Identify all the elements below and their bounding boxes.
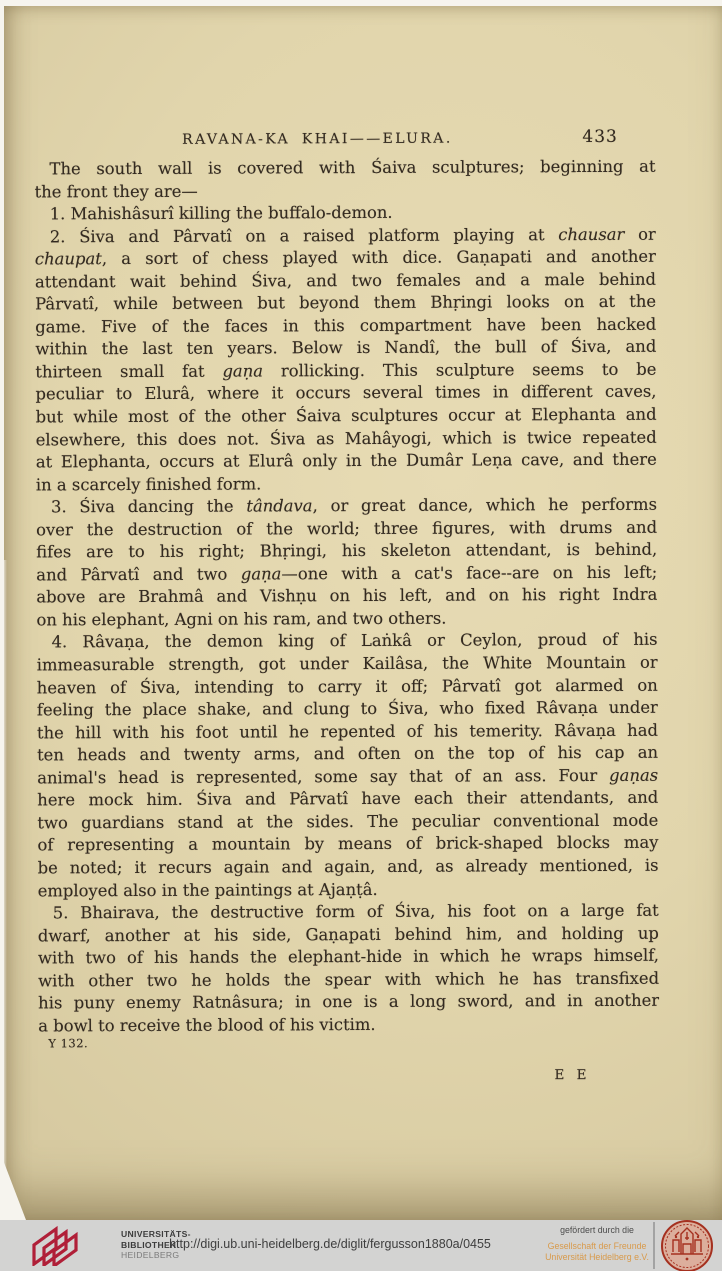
body-line: 2. Śiva and Pârvatî on a raised platform… [35, 223, 656, 248]
body-line: at Elephanta, occurs at Elurâ only in th… [36, 449, 657, 474]
body-line: feeling the place shake, and clung to Śi… [37, 697, 658, 722]
library-name-line3: HEIDELBERG [121, 1250, 191, 1261]
body-line: heaven of Śiva, intending to carry it of… [37, 674, 658, 699]
university-seal-icon [659, 1218, 715, 1271]
body-line: with other two he holds the spear with w… [38, 967, 659, 992]
body-line: here mock him. Śiva and Pârvatî have eac… [37, 787, 658, 812]
body-line: 4. Râvaṇa, the demon king of Laṅkâ or Ce… [37, 629, 658, 654]
body-line: but while most of the other Śaiva sculpt… [36, 404, 657, 429]
body-line: with two of his hands the elephant-hide … [38, 945, 659, 970]
body-line: in a scarcely finished form. [36, 471, 657, 496]
body-line: Pârvatî, while between but beyond them B… [35, 291, 656, 316]
printed-page-content: RAVANA-KA KHAI——ELURA. 433 The south wal… [0, 0, 722, 1271]
body-line: elsewhere, this does not. Śiva as Mahâyo… [36, 426, 657, 451]
body-line: over the destruction of the world; three… [36, 516, 657, 541]
body-line: employed also in the paintings at Ajaṇṭâ… [38, 877, 659, 902]
sheet-signature-mark: E E [554, 1067, 590, 1083]
body-line: 5. Bhairava, the destructive form of Śiv… [38, 900, 659, 925]
body-line: 1. Mahishâsurî killing the buffalo-demon… [35, 201, 656, 226]
library-footer-bar: UNIVERSITÄTS- BIBLIOTHEK HEIDELBERG http… [0, 1220, 722, 1271]
running-header: RAVANA-KA KHAI——ELURA. [34, 130, 600, 148]
funding-prefix: gefördert durch die [542, 1225, 652, 1235]
printer-signature-mark: Y 132. [48, 1036, 88, 1050]
body-line: attendant wait behind Śiva, and two fema… [35, 268, 656, 293]
body-line: The south wall is covered with Śaiva scu… [34, 156, 655, 181]
body-line: the hill with his foot until he repented… [37, 719, 658, 744]
body-line: his puny enemy Ratnâsura; in one is a lo… [38, 990, 659, 1015]
body-line: ten heads and twenty arms, and often on … [37, 742, 658, 767]
scan-url-link[interactable]: http://digi.ub.uni-heidelberg.de/diglit/… [150, 1237, 510, 1251]
body-line: thirteen small fat gaṇa rollicking. This… [35, 359, 656, 384]
body-line: animal's head is represented, some say t… [37, 764, 658, 789]
funding-note: gefördert durch die Gesellschaft der Fre… [542, 1225, 652, 1262]
body-line: fifes are to his right; Bhṛingi, his ske… [36, 539, 657, 564]
body-line: of representing a mountain by means of b… [37, 832, 658, 857]
body-line: within the last ten years. Below is Nand… [35, 336, 656, 361]
body-line: peculiar to Elurâ, where it occurs sever… [35, 381, 656, 406]
funding-org-line2: Universität Heidelberg e.V. [542, 1252, 652, 1263]
body-line: 3. Śiva dancing the tândava, or great da… [36, 494, 657, 519]
university-library-logo-icon [27, 1224, 105, 1266]
body-line: on his elephant, Agni on his ram, and tw… [36, 607, 657, 632]
page-body: The south wall is covered with Śaiva scu… [34, 156, 659, 1038]
body-line: chaupat, a sort of chess played with dic… [35, 246, 656, 271]
footer-divider [653, 1222, 655, 1269]
body-line: above are Brahmâ and Vishṇu on his left,… [36, 584, 657, 609]
scan-viewport: RAVANA-KA KHAI——ELURA. 433 The south wal… [0, 0, 722, 1271]
body-line: game. Five of the faces in this compartm… [35, 314, 656, 339]
body-line: be noted; it recurs again and again, and… [38, 855, 659, 880]
funding-org-line1: Gesellschaft der Freunde [542, 1241, 652, 1252]
body-line: and Pârvatî and two gaṇa—one with a cat'… [36, 562, 657, 587]
page-number: 433 [582, 127, 618, 147]
body-line: the front they are— [35, 178, 656, 203]
running-header-title: RAVANA-KA KHAI——ELURA. [182, 131, 453, 148]
body-line: dwarf, another at his side, Gaṇapati beh… [38, 922, 659, 947]
body-line: a bowl to receive the blood of his victi… [38, 1012, 659, 1037]
body-line: two guardians stand at the sides. The pe… [37, 810, 658, 835]
body-line: immeasurable strength, got under Kailâsa… [37, 652, 658, 677]
